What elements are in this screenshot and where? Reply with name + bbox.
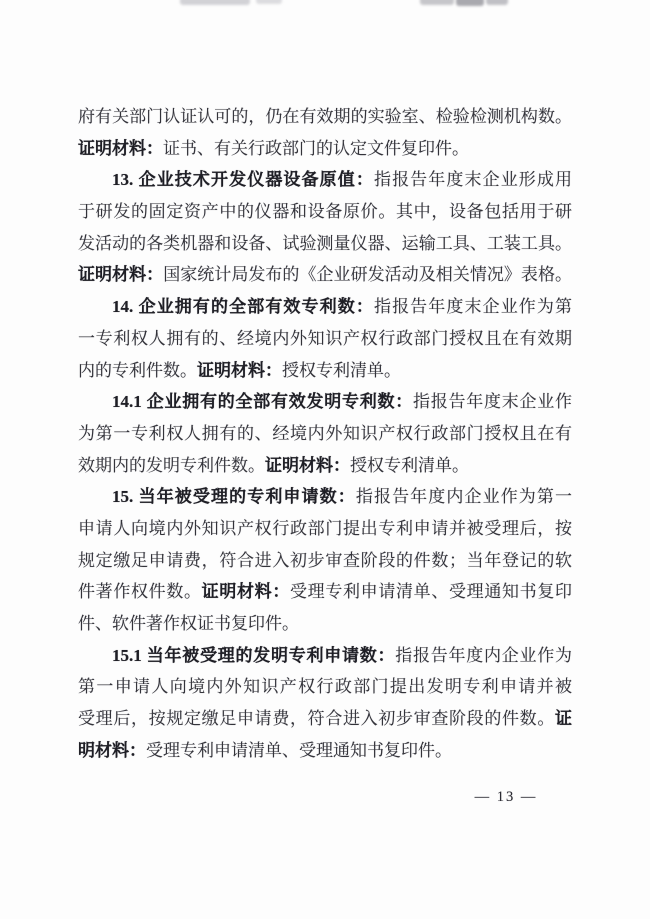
emphasis-text: 13. 企业技术开发仪器设备原值： xyxy=(112,170,374,189)
text-line: 15.1 当年被受理的发明专利申请数：指报告年度内企业作为 xyxy=(78,640,572,672)
body-text: 件、软件著作权证书复印件。 xyxy=(78,614,299,633)
text-line: 申请人向境内外知识产权行政部门提出专利申请并被受理后，按 xyxy=(78,513,572,545)
text-line: 件、软件著作权证书复印件。 xyxy=(78,608,572,640)
body-text: 于研发的固定资产中的仪器和设备原价。其中，设备包括用于研 xyxy=(78,202,572,221)
text-line: 一专利权人拥有的、经境内外知识产权行政部门授权且在有效期 xyxy=(78,323,572,355)
text-line: 14. 企业拥有的全部有效专利数：指报告年度末企业作为第 xyxy=(78,291,572,323)
scan-artifact xyxy=(456,0,484,6)
text-line: 明材料：受理专利申请清单、受理通知书复印件。 xyxy=(78,735,572,767)
body-text: 指报告年度末企业形成用 xyxy=(374,170,572,189)
text-line: 件著作权件数。证明材料：受理专利申请清单、受理通知书复印 xyxy=(78,576,572,608)
body-text: 件著作权件数。 xyxy=(78,582,202,601)
body-text: 国家统计局发布的《企业研发活动及相关情况》表格。 xyxy=(163,265,572,284)
body-text: 受理后，按规定缴足申请费，符合进入初步审查阶段的件数。 xyxy=(78,709,555,728)
text-line: 15. 当年被受理的专利申请数：指报告年度内企业作为第一 xyxy=(78,481,572,513)
scan-artifact xyxy=(420,0,454,5)
emphasis-text: 15. 当年被受理的专利申请数： xyxy=(112,487,356,506)
body-text: 一专利权人拥有的、经境内外知识产权行政部门授权且在有效期 xyxy=(78,329,572,348)
emphasis-text: 14. 企业拥有的全部有效专利数： xyxy=(112,297,374,316)
text-line: 府有关部门认证认可的，仍在有效期的实验室、检验检测机构数。 xyxy=(78,101,572,133)
scanned-document-page: 府有关部门认证认可的，仍在有效期的实验室、检验检测机构数。证明材料：证书、有关行… xyxy=(0,0,650,919)
text-line: 证明材料：证书、有关行政部门的认定文件复印件。 xyxy=(78,133,572,165)
body-text: 申请人向境内外知识产权行政部门提出专利申请并被受理后，按 xyxy=(78,519,572,538)
body-text: 受理专利申请清单、受理通知书复印件。 xyxy=(146,741,452,760)
text-line: 规定缴足申请费，符合进入初步审查阶段的件数；当年登记的软 xyxy=(78,545,572,577)
text-line: 证明材料：国家统计局发布的《企业研发活动及相关情况》表格。 xyxy=(78,259,572,291)
body-text: 府有关部门认证认可的，仍在有效期的实验室、检验检测机构数。 xyxy=(78,107,572,126)
text-line: 13. 企业技术开发仪器设备原值：指报告年度末企业形成用 xyxy=(78,164,572,196)
emphasis-text: 明材料： xyxy=(78,741,146,760)
emphasis-text: 证明材料： xyxy=(202,582,290,601)
body-text: 内的专利件数。 xyxy=(78,361,197,380)
emphasis-text: 证 xyxy=(555,709,572,728)
body-text: 指报告年度内企业作为 xyxy=(395,646,572,665)
text-line: 于研发的固定资产中的仪器和设备原价。其中，设备包括用于研 xyxy=(78,196,572,228)
emphasis-text: 15.1 当年被受理的发明专利申请数： xyxy=(112,646,395,665)
body-text: 指报告年度内企业作为第一 xyxy=(356,487,572,506)
text-line: 受理后，按规定缴足申请费，符合进入初步审查阶段的件数。证 xyxy=(78,703,572,735)
text-line: 效期内的发明专利件数。证明材料：授权专利清单。 xyxy=(78,450,572,482)
text-line: 第一申请人向境内外知识产权行政部门提出发明专利申请并被 xyxy=(78,671,572,703)
body-text: 证书、有关行政部门的认定文件复印件。 xyxy=(163,139,469,158)
body-text: 指报告年度末企业作 xyxy=(413,392,572,411)
emphasis-text: 证明材料： xyxy=(265,456,350,475)
scan-artifact xyxy=(180,0,250,5)
body-text: 发活动的各类机器和设备、试验测量仪器、运输工具、工装工具。 xyxy=(78,234,572,253)
body-text: 效期内的发明专利件数。 xyxy=(78,456,265,475)
emphasis-text: 14.1 企业拥有的全部有效发明专利数： xyxy=(112,392,413,411)
body-text: 授权专利清单。 xyxy=(282,361,401,380)
emphasis-text: 证明材料： xyxy=(197,361,282,380)
scan-artifact xyxy=(486,0,508,5)
body-text: 授权专利清单。 xyxy=(350,456,469,475)
text-line: 发活动的各类机器和设备、试验测量仪器、运输工具、工装工具。 xyxy=(78,228,572,260)
page-number: — 13 — xyxy=(440,789,572,806)
text-line: 为第一专利权人拥有的、经境内外知识产权行政部门授权且在有 xyxy=(78,418,572,450)
text-line: 内的专利件数。证明材料：授权专利清单。 xyxy=(78,355,572,387)
body-text: 指报告年度末企业作为第 xyxy=(374,297,572,316)
body-text: 为第一专利权人拥有的、经境内外知识产权行政部门授权且在有 xyxy=(78,424,572,443)
body-text: 第一申请人向境内外知识产权行政部门提出发明专利申请并被 xyxy=(78,677,572,696)
emphasis-text: 证明材料： xyxy=(78,265,163,284)
document-body: 府有关部门认证认可的，仍在有效期的实验室、检验检测机构数。证明材料：证书、有关行… xyxy=(78,101,572,766)
emphasis-text: 证明材料： xyxy=(78,139,163,158)
text-line: 14.1 企业拥有的全部有效发明专利数：指报告年度末企业作 xyxy=(78,386,572,418)
body-text: 规定缴足申请费，符合进入初步审查阶段的件数；当年登记的软 xyxy=(78,551,572,570)
body-text: 受理专利申请清单、受理通知书复印 xyxy=(290,582,572,601)
scan-artifact xyxy=(256,0,282,4)
